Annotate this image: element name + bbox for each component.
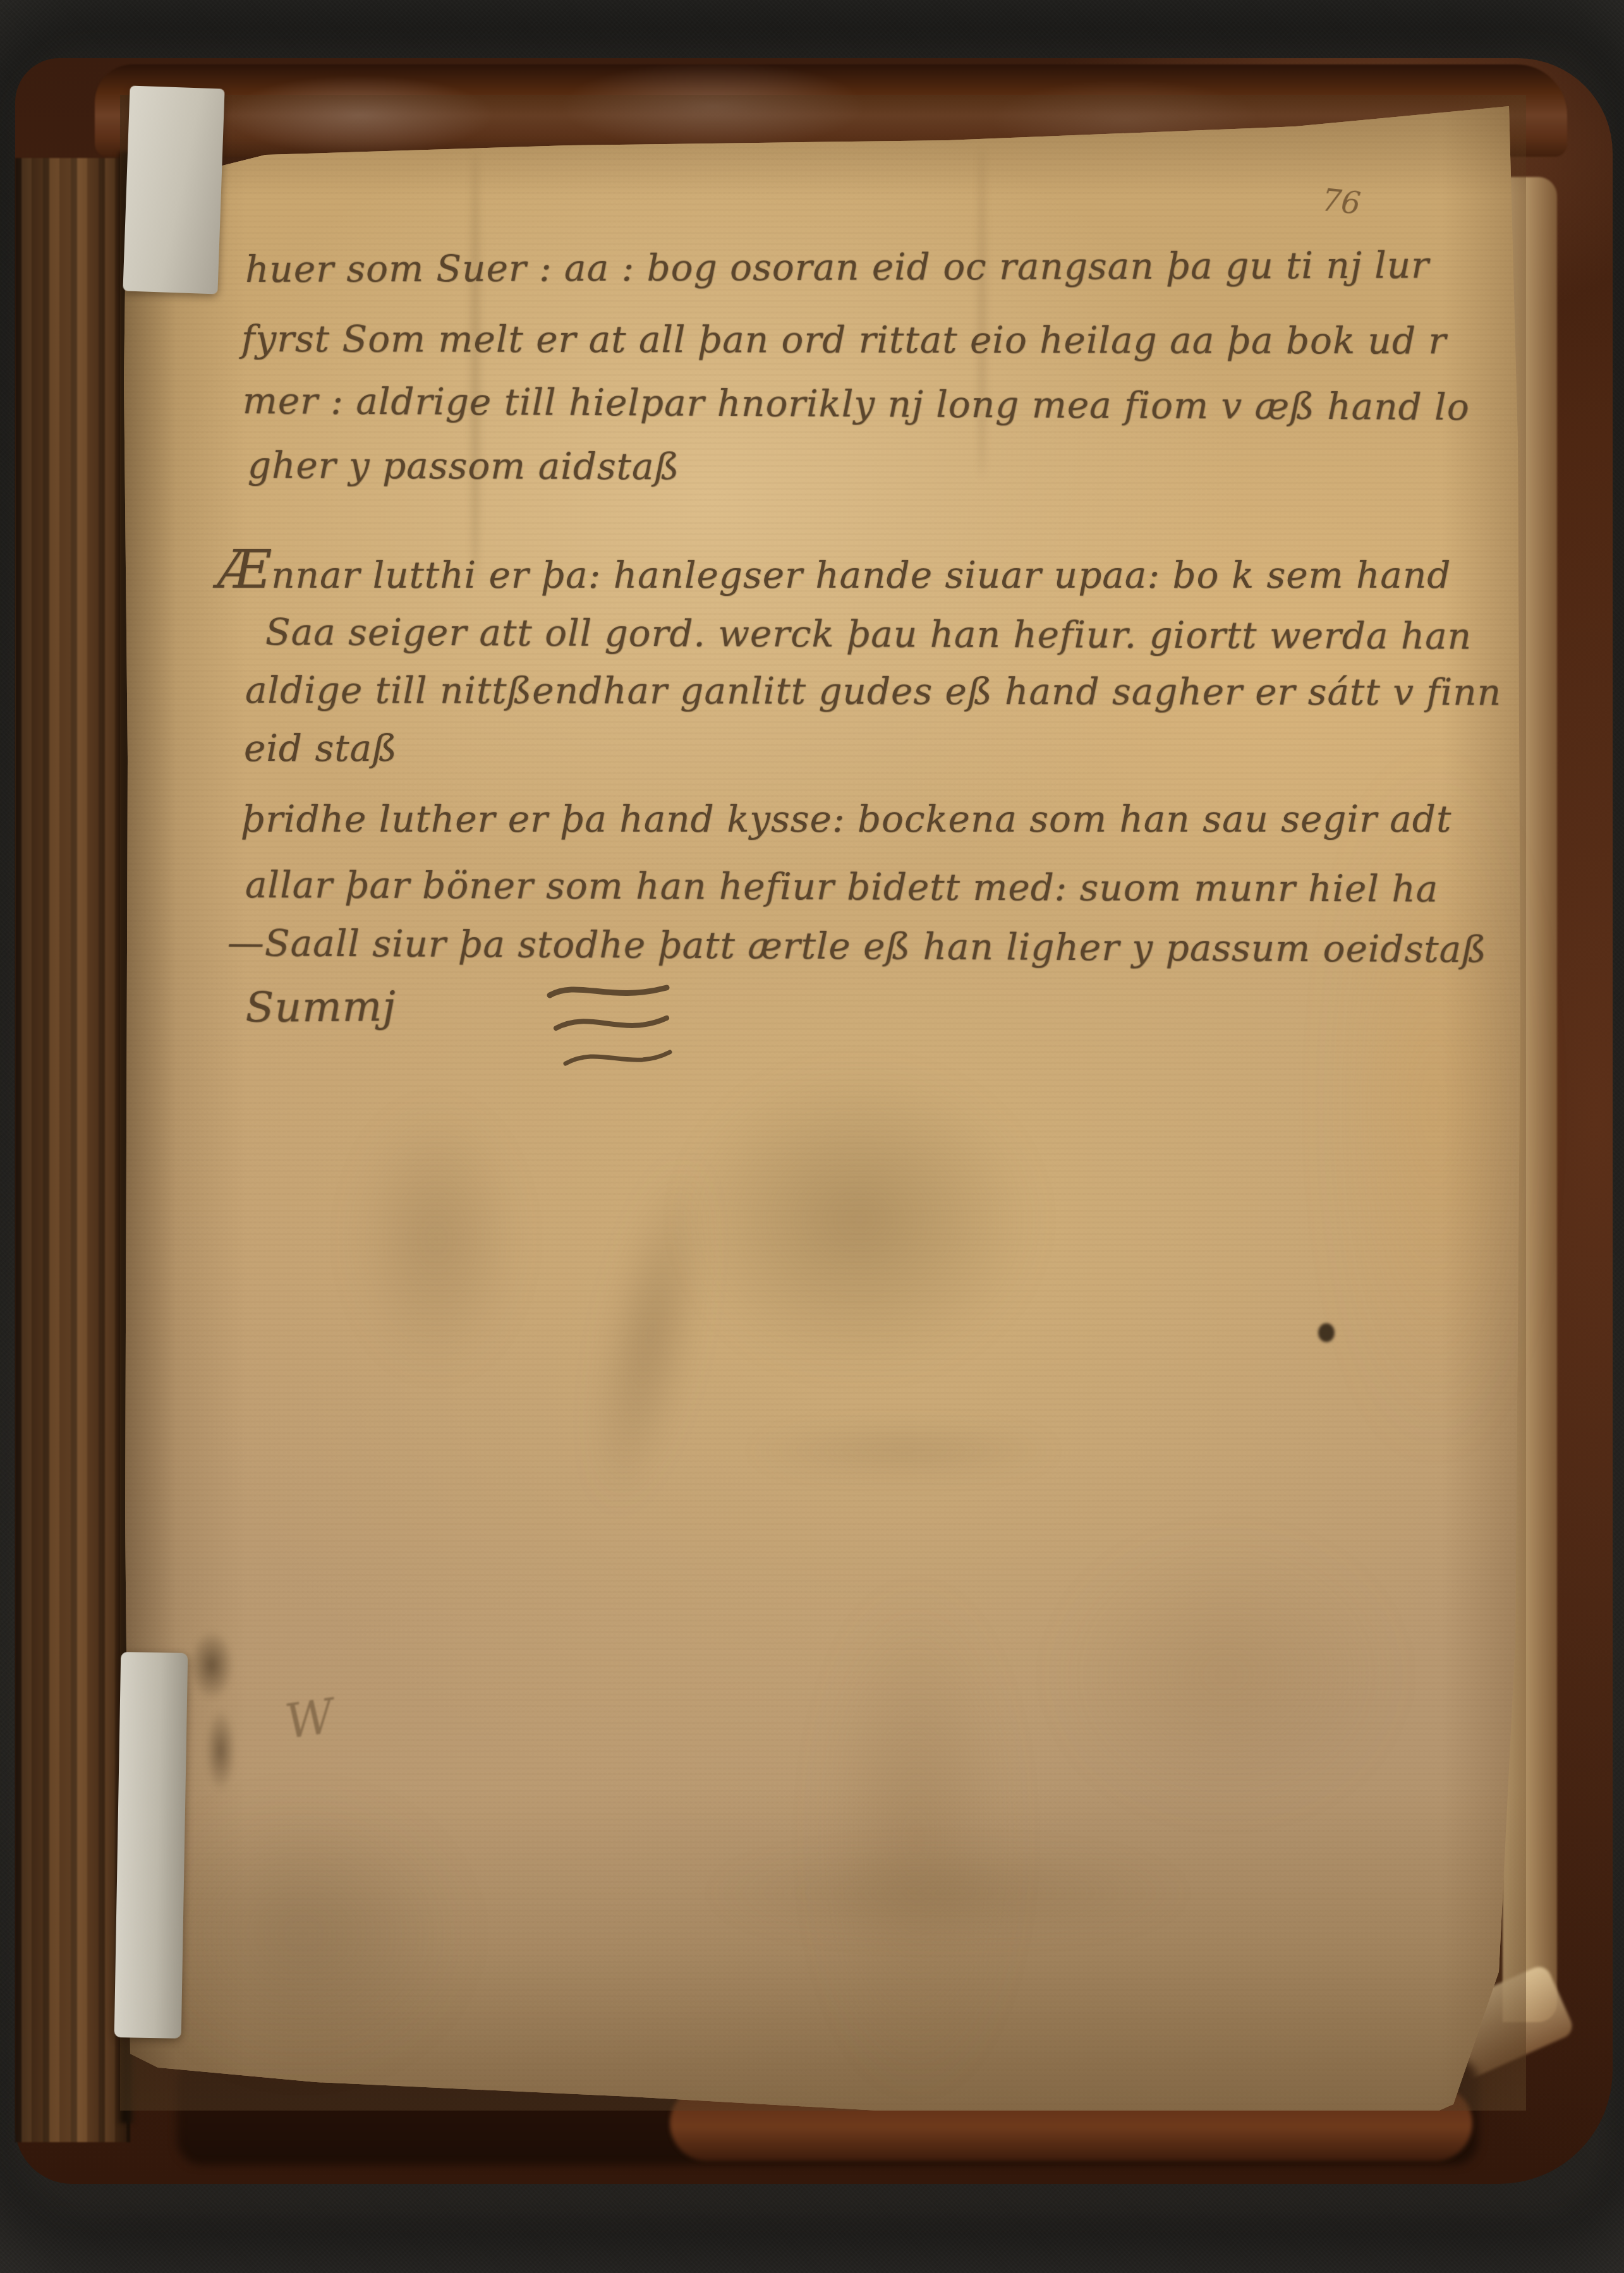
manuscript-line: þridhe luther er þa hand kysse: bockena … [241, 797, 1451, 840]
manuscript-line: aldige till nittßendhar ganlitt gudes eß… [245, 669, 1501, 713]
manuscript-line: mer : aldrige till hielpar hnorikly nj l… [243, 379, 1470, 428]
photo-backdrop: 76 huer som Suer : aa : bog osoran eid o… [0, 0, 1624, 2273]
manuscript-line: Summj [245, 982, 396, 1032]
folio-number: 76 [1320, 183, 1362, 222]
manuscript-line: eid staß [244, 727, 397, 770]
repair-strip-top-left [123, 85, 224, 294]
manuscript-line: Saa seiger att oll gord. werck þau han h… [265, 610, 1472, 658]
flourish-mark [540, 976, 673, 1084]
pen-trial-mark: W [282, 1689, 337, 1750]
left-cover-board [15, 158, 130, 2142]
manuscript-line: Ænnar lutthi er þa: hanlegser hande siua… [217, 538, 1451, 600]
manuscript-line: huer som Suer : aa : bog osoran eid oc r… [245, 243, 1429, 291]
manuscript-line: gher y passom aidstaß [248, 444, 680, 488]
manuscript-line: fyrst Som melt er at all þan ord rittat … [241, 317, 1446, 362]
repair-strip-bottom-left [114, 1652, 188, 2039]
manuscript-line: allar þar böner som han hefiur bidett me… [245, 863, 1439, 911]
manuscript-line: —Saall siur þa stodhe þatt ærtle eß han … [227, 921, 1487, 971]
